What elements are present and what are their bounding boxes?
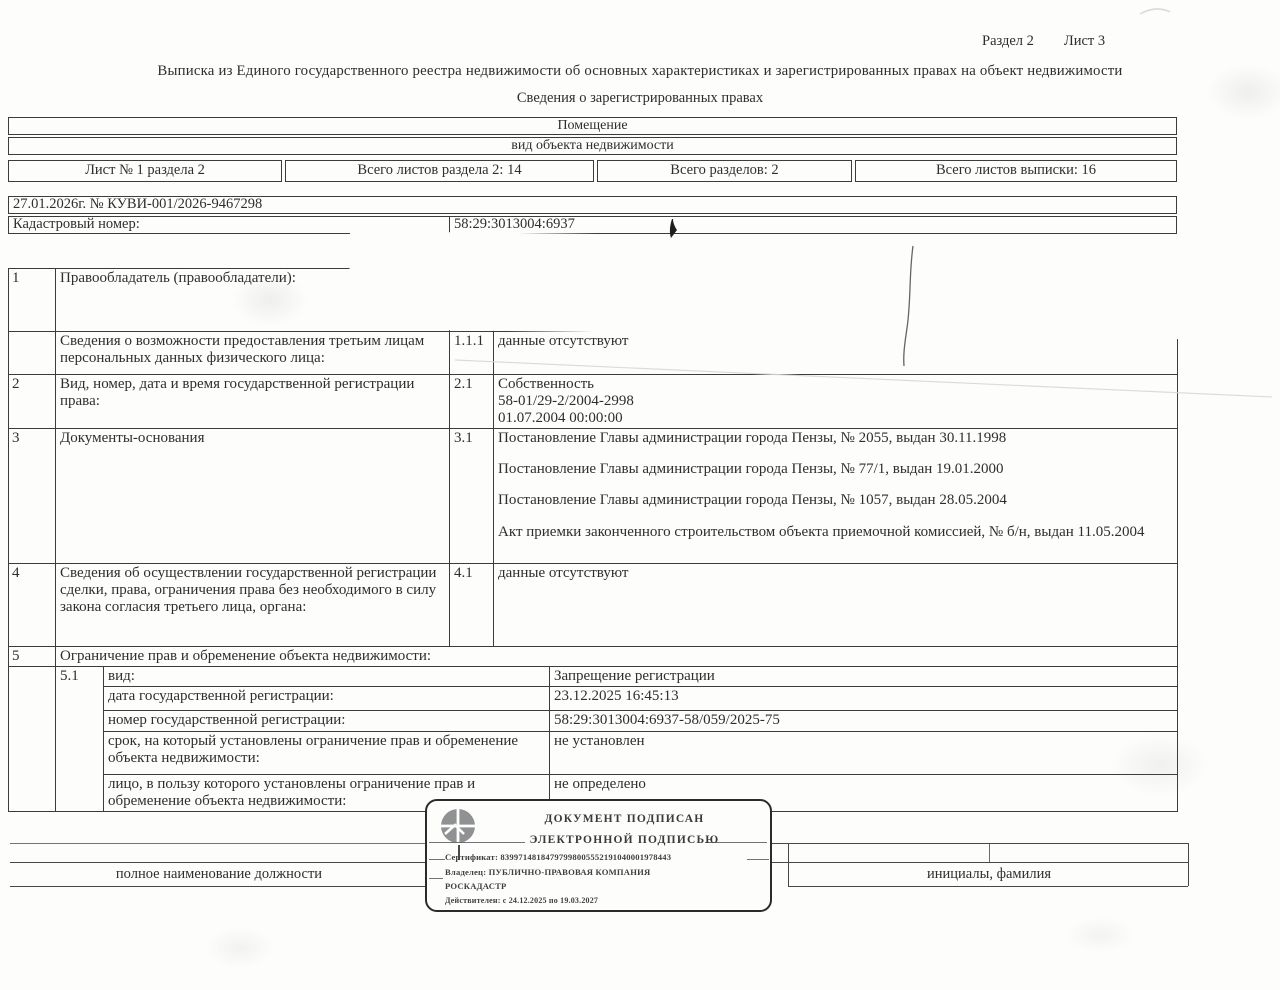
table-row-deal-info: 4 Сведения об осуществлении государствен… [9,564,1178,647]
row-number: 2 [9,375,56,429]
restriction-detail-row: срок, на который установлены ограничение… [9,731,1178,774]
signature-line [10,886,428,887]
row-label: Сведения о возможности предоставления тр… [56,332,450,375]
document-number-box: 27.01.2026г. № КУВИ-001/2026-9467298 [8,196,1177,214]
table-row-documents: 3 Документы-основания 3.1 Постановление … [9,429,1178,564]
signature-line [788,886,1188,887]
detail-label: номер государственной регистрации: [104,711,550,731]
detail-label: вид: [104,667,550,687]
row-value: данные отсутствуют [494,332,1178,375]
signature-line [772,862,1188,863]
cadastral-row: Кадастровый номер: 58:29:3013004:6937 [8,216,1177,234]
document-basis: Постановление Главы администрации города… [498,430,1173,447]
row-subnumber: 4.1 [450,564,494,647]
document-title: Выписка из Единого государственного реес… [40,63,1240,80]
sheet-info-row: Лист № 1 раздела 2 Всего листов раздела … [8,160,1177,182]
object-type-box: Помещение [8,117,1177,135]
stamp-heading: ДОКУМЕНТ ПОДПИСАН [485,813,764,825]
registration-kind: Собственность [498,376,1173,393]
signature-box-border [1188,843,1189,886]
row-label: Вид, номер, дата и время государственной… [56,375,450,429]
row-value: Постановление Главы администрации города… [494,429,1178,564]
row-subnumber: 2.1 [450,375,494,429]
section-number: Раздел 2 [982,33,1034,50]
row-subnumber: 1.1.1 [450,332,494,375]
roskadastr-logo-icon [438,806,478,846]
registration-datetime: 01.07.2004 00:00:00 [498,410,1173,427]
restriction-detail-row: 5.1 вид: Запрещение регистрации [9,667,1178,687]
stamp-owner: Владелец: ПУБЛИЧНО-ПРАВОВАЯ КОМПАНИЯ [445,867,764,877]
registration-number: 58-01/29-2/2004-2998 [498,393,1173,410]
row-number [9,332,56,375]
row-number: 1 [9,269,56,332]
row-value: Собственность 58-01/29-2/2004-2998 01.07… [494,375,1178,429]
position-title-caption: полное наименование должности [10,866,428,883]
stamp-owner-name: РОСКАДАСТР [445,881,764,891]
page-section-sheet: Раздел 2 Лист 3 [982,33,1105,50]
stamp-heading: ЭЛЕКТРОННОЙ ПОДПИСЬЮ [485,834,764,846]
document-basis: Постановление Главы администрации города… [498,492,1173,509]
sheet-info-cell: Всего разделов: 2 [597,160,852,182]
restriction-detail-row: дата государственной регистрации: 23.12.… [9,687,1178,711]
detail-label: дата государственной регистрации: [104,687,550,711]
scanned-egrn-extract-page: Раздел 2 Лист 3 Выписка из Единого госуд… [0,0,1280,990]
signature-line [10,843,428,844]
signature-line [10,862,428,863]
digital-signature-stamp: ДОКУМЕНТ ПОДПИСАН ЭЛЕКТРОННОЙ ПОДПИСЬЮ С… [425,799,772,912]
row-number: 5 [9,647,56,667]
cadastral-value: 58:29:3013004:6937 [450,217,579,233]
document-basis: Акт приемки законченного строительством … [498,524,1173,541]
table-row-registration: 2 Вид, номер, дата и время государственн… [9,375,1178,429]
row-label: Ограничение прав и обременение объекта н… [56,647,1178,667]
stamp-certificate: Сертификат: 8399714818479799800555219104… [445,852,764,862]
restriction-detail-row: номер государственной регистрации: 58:29… [9,711,1178,731]
row-number: 3 [9,429,56,564]
document-subtitle: Сведения о зарегистрированных правах [40,90,1240,107]
signature-box-border [788,843,789,886]
stamp-validity: Действителен: с 24.12.2025 по 19.03.2027 [445,896,764,905]
row-label: Документы-основания [56,429,450,564]
detail-label: срок, на который установлены ограничение… [104,731,550,774]
row-number: 4 [9,564,56,647]
signature-box-divider [989,843,990,862]
detail-value: 23.12.2025 16:45:13 [550,687,1178,711]
row-value: данные отсутствуют [494,564,1178,647]
sheet-info-cell: Лист № 1 раздела 2 [8,160,282,182]
sheet-info-cell: Всего листов выписки: 16 [855,160,1177,182]
table-row-restrictions-header: 5 Ограничение прав и обременение объекта… [9,647,1178,667]
sheet-info-cell: Всего листов раздела 2: 14 [285,160,594,182]
row-subnumber: 3.1 [450,429,494,564]
redaction-overlay [349,231,1192,339]
detail-value: не установлен [550,731,1178,774]
detail-value: 58:29:3013004:6937-58/059/2025-75 [550,711,1178,731]
row-label: Сведения об осуществлении государственно… [56,564,450,647]
signature-line [772,843,1188,844]
object-type-caption-box: вид объекта недвижимости [8,137,1177,155]
rights-table: 1 Правообладатель (правообладатели): Све… [8,268,1178,812]
initials-surname-caption: инициалы, фамилия [790,866,1188,883]
table-row-personal-data: Сведения о возможности предоставления тр… [9,332,1178,375]
scan-smudge-curve [1140,9,1170,14]
row-number [9,667,56,811]
stamp-line-artifact [429,878,443,879]
row-subnumber: 5.1 [56,667,104,811]
stamp-line-artifact [429,859,445,860]
document-basis: Постановление Главы администрации города… [498,461,1173,478]
detail-value: Запрещение регистрации [550,667,1178,687]
sheet-number: Лист 3 [1064,33,1105,50]
